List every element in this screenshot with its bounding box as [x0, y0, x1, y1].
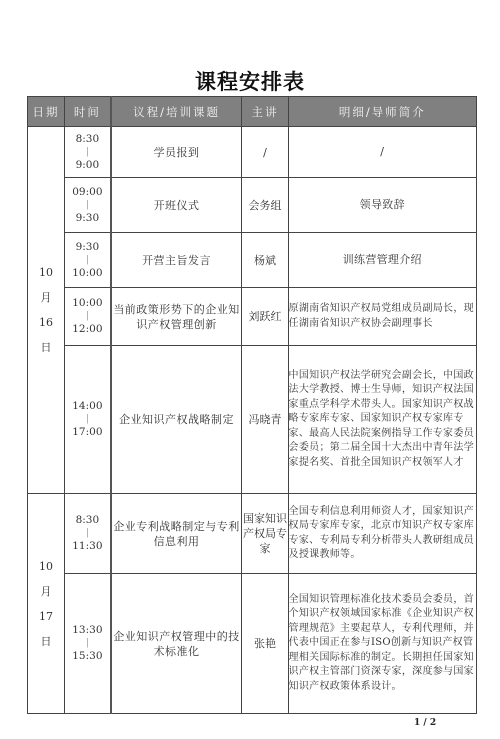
table-header-row: 日期 时间 议程/培训课题 主讲 明细/导师简介	[28, 97, 477, 127]
table-row: 10:00|12:00 当前政策形势下的企业知识产权管理创新 刘跃红 原湖南省知…	[28, 288, 477, 346]
table-row: 14:00|17:00 企业知识产权战略制定 冯晓青 中国知识产权法学研究会副会…	[28, 346, 477, 494]
detail-cell: 全国知识管理标准化技术委员会委员，首个知识产权领域国家标准《企业知识产权管理规范…	[288, 574, 476, 714]
detail-cell: /	[288, 127, 476, 178]
document-title: 课程安排表	[0, 66, 500, 96]
topic-cell: 开营主旨发言	[111, 233, 242, 288]
speaker-cell: 张艳	[242, 574, 288, 714]
speaker-cell: 杨斌	[242, 233, 288, 288]
topic-cell: 企业知识产权管理中的技术标准化	[111, 574, 242, 714]
header-time: 时间	[65, 97, 111, 127]
topic-cell: 企业知识产权战略制定	[111, 346, 242, 494]
header-detail: 明细/导师简介	[288, 97, 476, 127]
table-row: 10 月 17 日 8:30|11:30 企业专利战略制定与专利信息利用 国家知…	[28, 494, 477, 574]
header-date: 日期	[28, 97, 65, 127]
table-row: 13:30|15:30 企业知识产权管理中的技术标准化 张艳 全国知识管理标准化…	[28, 574, 477, 714]
header-topic: 议程/培训课题	[111, 97, 242, 127]
header-speaker: 主讲	[242, 97, 288, 127]
time-cell: 8:30|9:00	[65, 127, 111, 178]
time-cell: 09:00|9:30	[65, 178, 111, 233]
table-row: 10 月 16 日 8:30|9:00 学员报到 / /	[28, 127, 477, 178]
speaker-cell: 刘跃红	[242, 288, 288, 346]
date-cell-day1: 10 月 16 日	[28, 127, 65, 494]
page-indicator: 1 / 2	[414, 718, 436, 728]
detail-cell: 中国知识产权法学研究会副会长，中国政法大学教授、博士生导师，知识产权法国家重点学…	[288, 346, 476, 494]
time-cell: 8:30|11:30	[65, 494, 111, 574]
time-cell: 9:30|10:00	[65, 233, 111, 288]
speaker-cell: 冯晓青	[242, 346, 288, 494]
detail-cell: 领导致辞	[288, 178, 476, 233]
speaker-cell: 会务组	[242, 178, 288, 233]
date-cell-day2: 10 月 17 日	[28, 494, 65, 714]
detail-cell: 原湖南省知识产权局党组成员副局长，现任湖南省知识产权协会副理事长	[288, 288, 476, 346]
schedule-table: 日期 时间 议程/培训课题 主讲 明细/导师简介 10 月 16 日 8:30|…	[27, 96, 477, 714]
topic-cell: 企业专利战略制定与专利信息利用	[111, 494, 242, 574]
table-row: 9:30|10:00 开营主旨发言 杨斌 训练营管理介绍	[28, 233, 477, 288]
time-cell: 13:30|15:30	[65, 574, 111, 714]
detail-cell: 全国专利信息利用师资人才，国家知识产权局专家库专家，北京市知识产权专家库专家、专…	[288, 494, 476, 574]
topic-cell: 开班仪式	[111, 178, 242, 233]
time-cell: 14:00|17:00	[65, 346, 111, 494]
detail-cell: 训练营管理介绍	[288, 233, 476, 288]
topic-cell: 当前政策形势下的企业知识产权管理创新	[111, 288, 242, 346]
topic-cell: 学员报到	[111, 127, 242, 178]
table-row: 09:00|9:30 开班仪式 会务组 领导致辞	[28, 178, 477, 233]
speaker-cell: 国家知识产权局专家	[242, 494, 288, 574]
time-cell: 10:00|12:00	[65, 288, 111, 346]
speaker-cell: /	[242, 127, 288, 178]
